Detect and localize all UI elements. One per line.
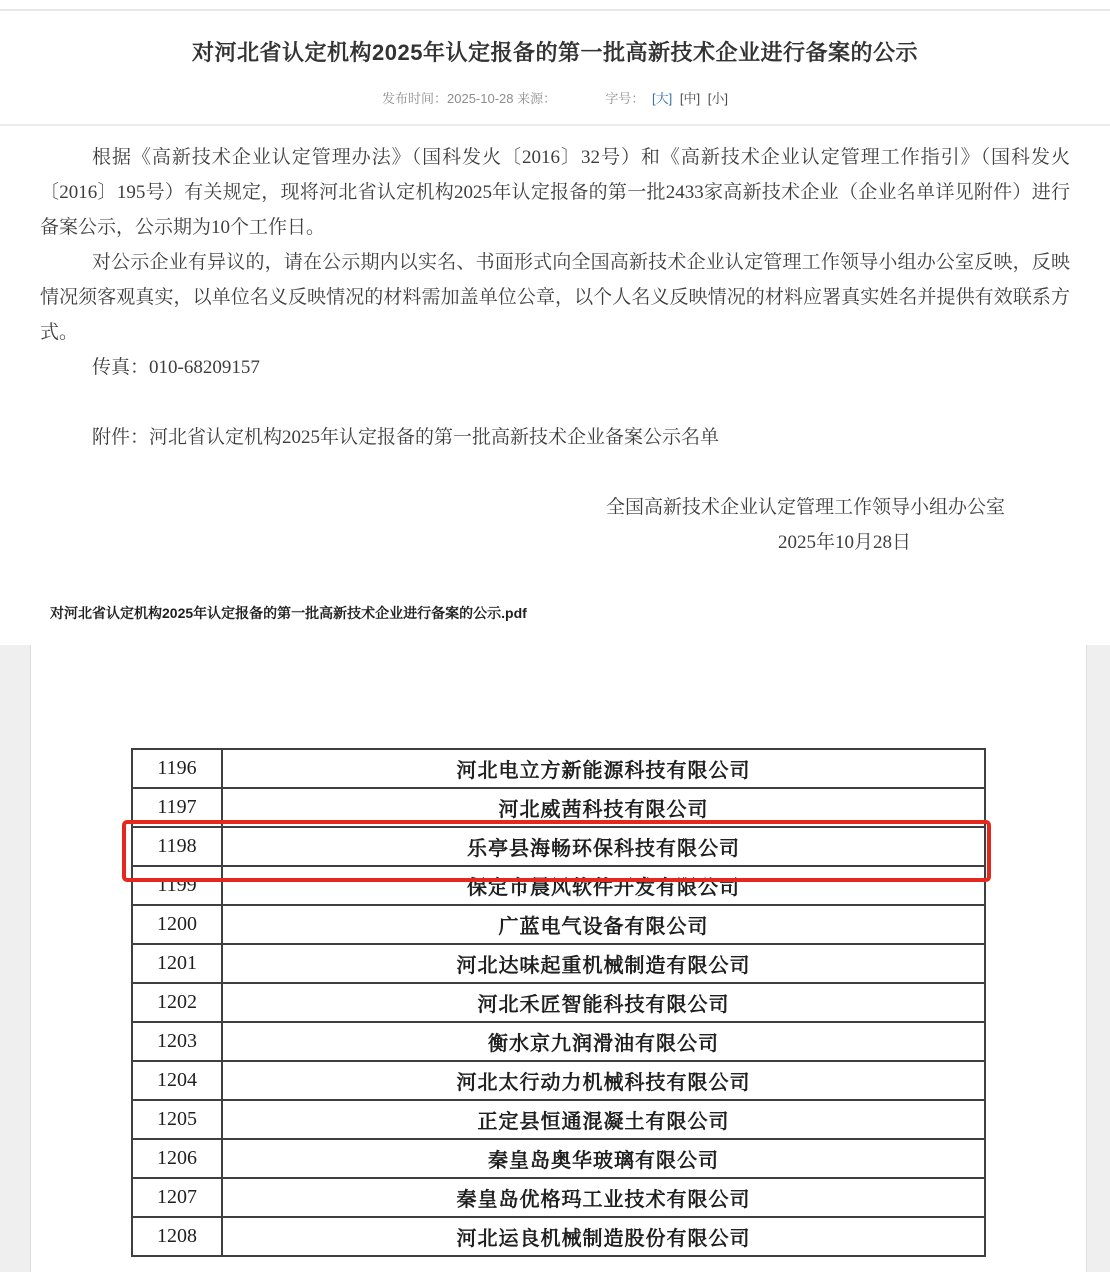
row-number: 1200 <box>132 905 222 944</box>
fontsize-medium-button[interactable]: [中] <box>680 91 700 106</box>
row-number: 1206 <box>132 1139 222 1178</box>
top-divider <box>0 9 1110 11</box>
fontsize-large-button[interactable]: [大] <box>652 91 672 106</box>
page-title: 对河北省认定机构2025年认定报备的第一批高新技术企业进行备案的公示 <box>0 36 1110 67</box>
row-number: 1204 <box>132 1061 222 1100</box>
company-name: 河北电立方新能源科技有限公司 <box>222 749 985 788</box>
publish-meta: 发布时间：2025-10-28 来源： 字号： [大] [中] [小] <box>0 88 1110 107</box>
company-table: 1196河北电立方新能源科技有限公司1197河北威茜科技有限公司1198乐亭县海… <box>131 748 986 1257</box>
table-row: 1205正定县恒通混凝土有限公司 <box>132 1100 985 1139</box>
company-name: 广蓝电气设备有限公司 <box>222 905 985 944</box>
table-row: 1208河北运良机械制造股份有限公司 <box>132 1217 985 1256</box>
notice-paragraph-1: 根据《高新技术企业认定管理办法》（国科发火〔2016〕32号）和《高新技术企业认… <box>40 140 1070 245</box>
table-row: 1201河北达味起重机械制造有限公司 <box>132 944 985 983</box>
row-number: 1202 <box>132 983 222 1022</box>
table-row: 1203衡水京九润滑油有限公司 <box>132 1022 985 1061</box>
table-row: 1206秦皇岛奥华玻璃有限公司 <box>132 1139 985 1178</box>
fontsize-small-button[interactable]: [小] <box>708 91 728 106</box>
pdf-viewer[interactable]: 1196河北电立方新能源科技有限公司1197河北威茜科技有限公司1198乐亭县海… <box>0 645 1110 1272</box>
attachment-line: 附件：河北省认定机构2025年认定报备的第一批高新技术企业备案公示名单 <box>40 420 1070 455</box>
row-number: 1196 <box>132 749 222 788</box>
row-number: 1203 <box>132 1022 222 1061</box>
pdf-page: 1196河北电立方新能源科技有限公司1197河北威茜科技有限公司1198乐亭县海… <box>30 645 1087 1272</box>
company-name: 衡水京九润滑油有限公司 <box>222 1022 985 1061</box>
company-name: 秦皇岛奥华玻璃有限公司 <box>222 1139 985 1178</box>
table-row: 1207秦皇岛优格玛工业技术有限公司 <box>132 1178 985 1217</box>
table-row: 1204河北太行动力机械科技有限公司 <box>132 1061 985 1100</box>
table-row: 1200广蓝电气设备有限公司 <box>132 905 985 944</box>
row-number: 1201 <box>132 944 222 983</box>
fax-line: 传真：010-68209157 <box>40 350 1070 385</box>
company-name: 河北达味起重机械制造有限公司 <box>222 944 985 983</box>
row-number: 1198 <box>132 827 222 866</box>
source-label: 来源： <box>517 91 556 106</box>
company-name: 秦皇岛优格玛工业技术有限公司 <box>222 1178 985 1217</box>
company-name: 河北威茜科技有限公司 <box>222 788 985 827</box>
row-number: 1205 <box>132 1100 222 1139</box>
table-row: 1196河北电立方新能源科技有限公司 <box>132 749 985 788</box>
company-name: 乐亭县海畅环保科技有限公司 <box>222 827 985 866</box>
signer-name: 全国高新技术企业认定管理工作领导小组办公室 <box>40 490 1070 525</box>
publish-time-label: 发布时间： <box>382 91 447 106</box>
notice-paragraph-2: 对公示企业有异议的，请在公示期内以实名、书面形式向全国高新技术企业认定管理工作领… <box>40 245 1070 350</box>
company-name: 河北运良机械制造股份有限公司 <box>222 1217 985 1256</box>
table-row-highlighted: 1198乐亭县海畅环保科技有限公司 <box>132 827 985 866</box>
header-divider <box>0 124 1110 126</box>
row-number: 1207 <box>132 1178 222 1217</box>
company-name: 保定市晨风软件开发有限公司 <box>222 866 985 905</box>
row-number: 1197 <box>132 788 222 827</box>
company-table-body: 1196河北电立方新能源科技有限公司1197河北威茜科技有限公司1198乐亭县海… <box>132 749 985 1256</box>
sign-date: 2025年10月28日 <box>40 525 1070 560</box>
company-name: 正定县恒通混凝土有限公司 <box>222 1100 985 1139</box>
publish-date: 2025-10-28 <box>447 91 514 106</box>
company-name: 河北太行动力机械科技有限公司 <box>222 1061 985 1100</box>
notice-body: 根据《高新技术企业认定管理办法》（国科发火〔2016〕32号）和《高新技术企业认… <box>40 140 1070 560</box>
company-name: 河北禾匠智能科技有限公司 <box>222 983 985 1022</box>
row-number: 1199 <box>132 866 222 905</box>
fontsize-label: 字号： <box>605 91 644 106</box>
row-number: 1208 <box>132 1217 222 1256</box>
table-row: 1199保定市晨风软件开发有限公司 <box>132 866 985 905</box>
pdf-attachment-link[interactable]: 对河北省认定机构2025年认定报备的第一批高新技术企业进行备案的公示.pdf <box>50 603 527 623</box>
table-row: 1197河北威茜科技有限公司 <box>132 788 985 827</box>
table-row: 1202河北禾匠智能科技有限公司 <box>132 983 985 1022</box>
